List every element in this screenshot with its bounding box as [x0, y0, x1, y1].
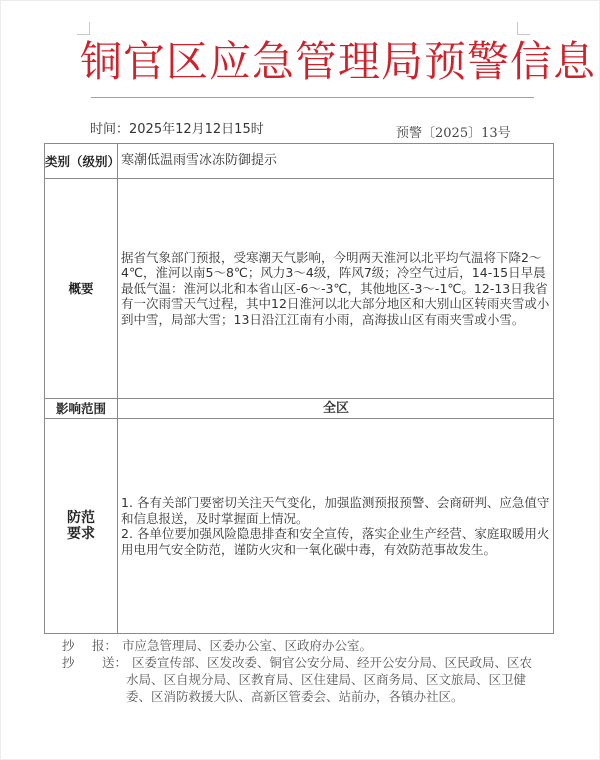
type-label: 类别（级别）: [45, 144, 118, 179]
document-title: 铜官区应急管理局预警信息: [80, 36, 520, 88]
report-to-value: 市应急管理局、区委办公室、区政府办公室。: [122, 637, 372, 654]
requirement-item-1: 1. 各有关部门要密切关注天气变化，加强监测预报预警、会商研判、应急值守和信息报…: [121, 495, 551, 526]
cc-to-value-continued: 水局、区自规分局、区教育局、区住建局、区商务局、区文旅局、区卫健委、区消防救援大…: [62, 671, 536, 705]
issue-time-value: 2025年12月12日15时: [129, 122, 264, 137]
send-key-1: 抄: [62, 654, 92, 671]
report-key-2: 报：: [92, 637, 122, 654]
summary-text: 据省气象部门预报，受寒潮天气影响，今明两天淮河以北平均气温将下降2～4℃，淮河以…: [121, 250, 551, 328]
scope-label: 影响范围: [45, 399, 118, 419]
table-row-scope: 影响范围 全区: [45, 399, 554, 419]
issue-number: 预警〔2025〕13号: [396, 122, 511, 141]
issue-time-label: 时间：: [90, 122, 129, 137]
summary-cell: 据省气象部门预报，受寒潮天气影响，今明两天淮河以北平均气温将下降2～4℃，淮河以…: [118, 179, 554, 399]
report-to-line: 抄 报： 市应急管理局、区委办公室、区政府办公室。: [62, 637, 536, 654]
warning-info-table: 类别（级别） 寒潮低温雨雪冰冻防御提示 概要 据省气象部门预报，受寒潮天气影响，…: [44, 143, 554, 634]
requirements-cell: 1. 各有关部门要密切关注天气变化，加强监测预报预警、会商研判、应急值守和信息报…: [118, 419, 554, 634]
requirements-label: 防范要求: [45, 419, 118, 634]
requirements-label-text: 防范要求: [66, 510, 96, 542]
margin-corner-mark-top-right: [517, 22, 530, 35]
issue-time: 时间：2025年12月12日15时: [90, 118, 264, 137]
title-divider: [91, 97, 534, 98]
table-row-type: 类别（级别） 寒潮低温雨雪冰冻防御提示: [45, 144, 554, 179]
cc-to-value-line1: 区委宣传部、区发改委、铜官公安分局、经开公安分局、区民政局、区农: [132, 654, 532, 671]
summary-label: 概要: [45, 179, 118, 399]
table-row-requirements: 防范要求 1. 各有关部门要密切关注天气变化，加强监测预报预警、会商研判、应急值…: [45, 419, 554, 634]
requirement-item-2: 2. 各单位要加强风险隐患排查和安全宣传，落实企业生产经营、家庭取暖用火用电用气…: [121, 526, 551, 557]
cc-to-line: 抄 送： 区委宣传部、区发改委、铜官公安分局、经开公安分局、区民政局、区农: [62, 654, 536, 671]
report-key-1: 抄: [62, 637, 92, 654]
margin-corner-mark-top-left: [77, 22, 90, 35]
scope-value: 全区: [118, 399, 554, 419]
type-value: 寒潮低温雨雪冰冻防御提示: [118, 144, 554, 179]
send-key-2: 送：: [92, 654, 132, 671]
table-row-summary: 概要 据省气象部门预报，受寒潮天气影响，今明两天淮河以北平均气温将下降2～4℃，…: [45, 179, 554, 399]
distribution-footer: 抄 报： 市应急管理局、区委办公室、区政府办公室。 抄 送： 区委宣传部、区发改…: [62, 637, 536, 705]
